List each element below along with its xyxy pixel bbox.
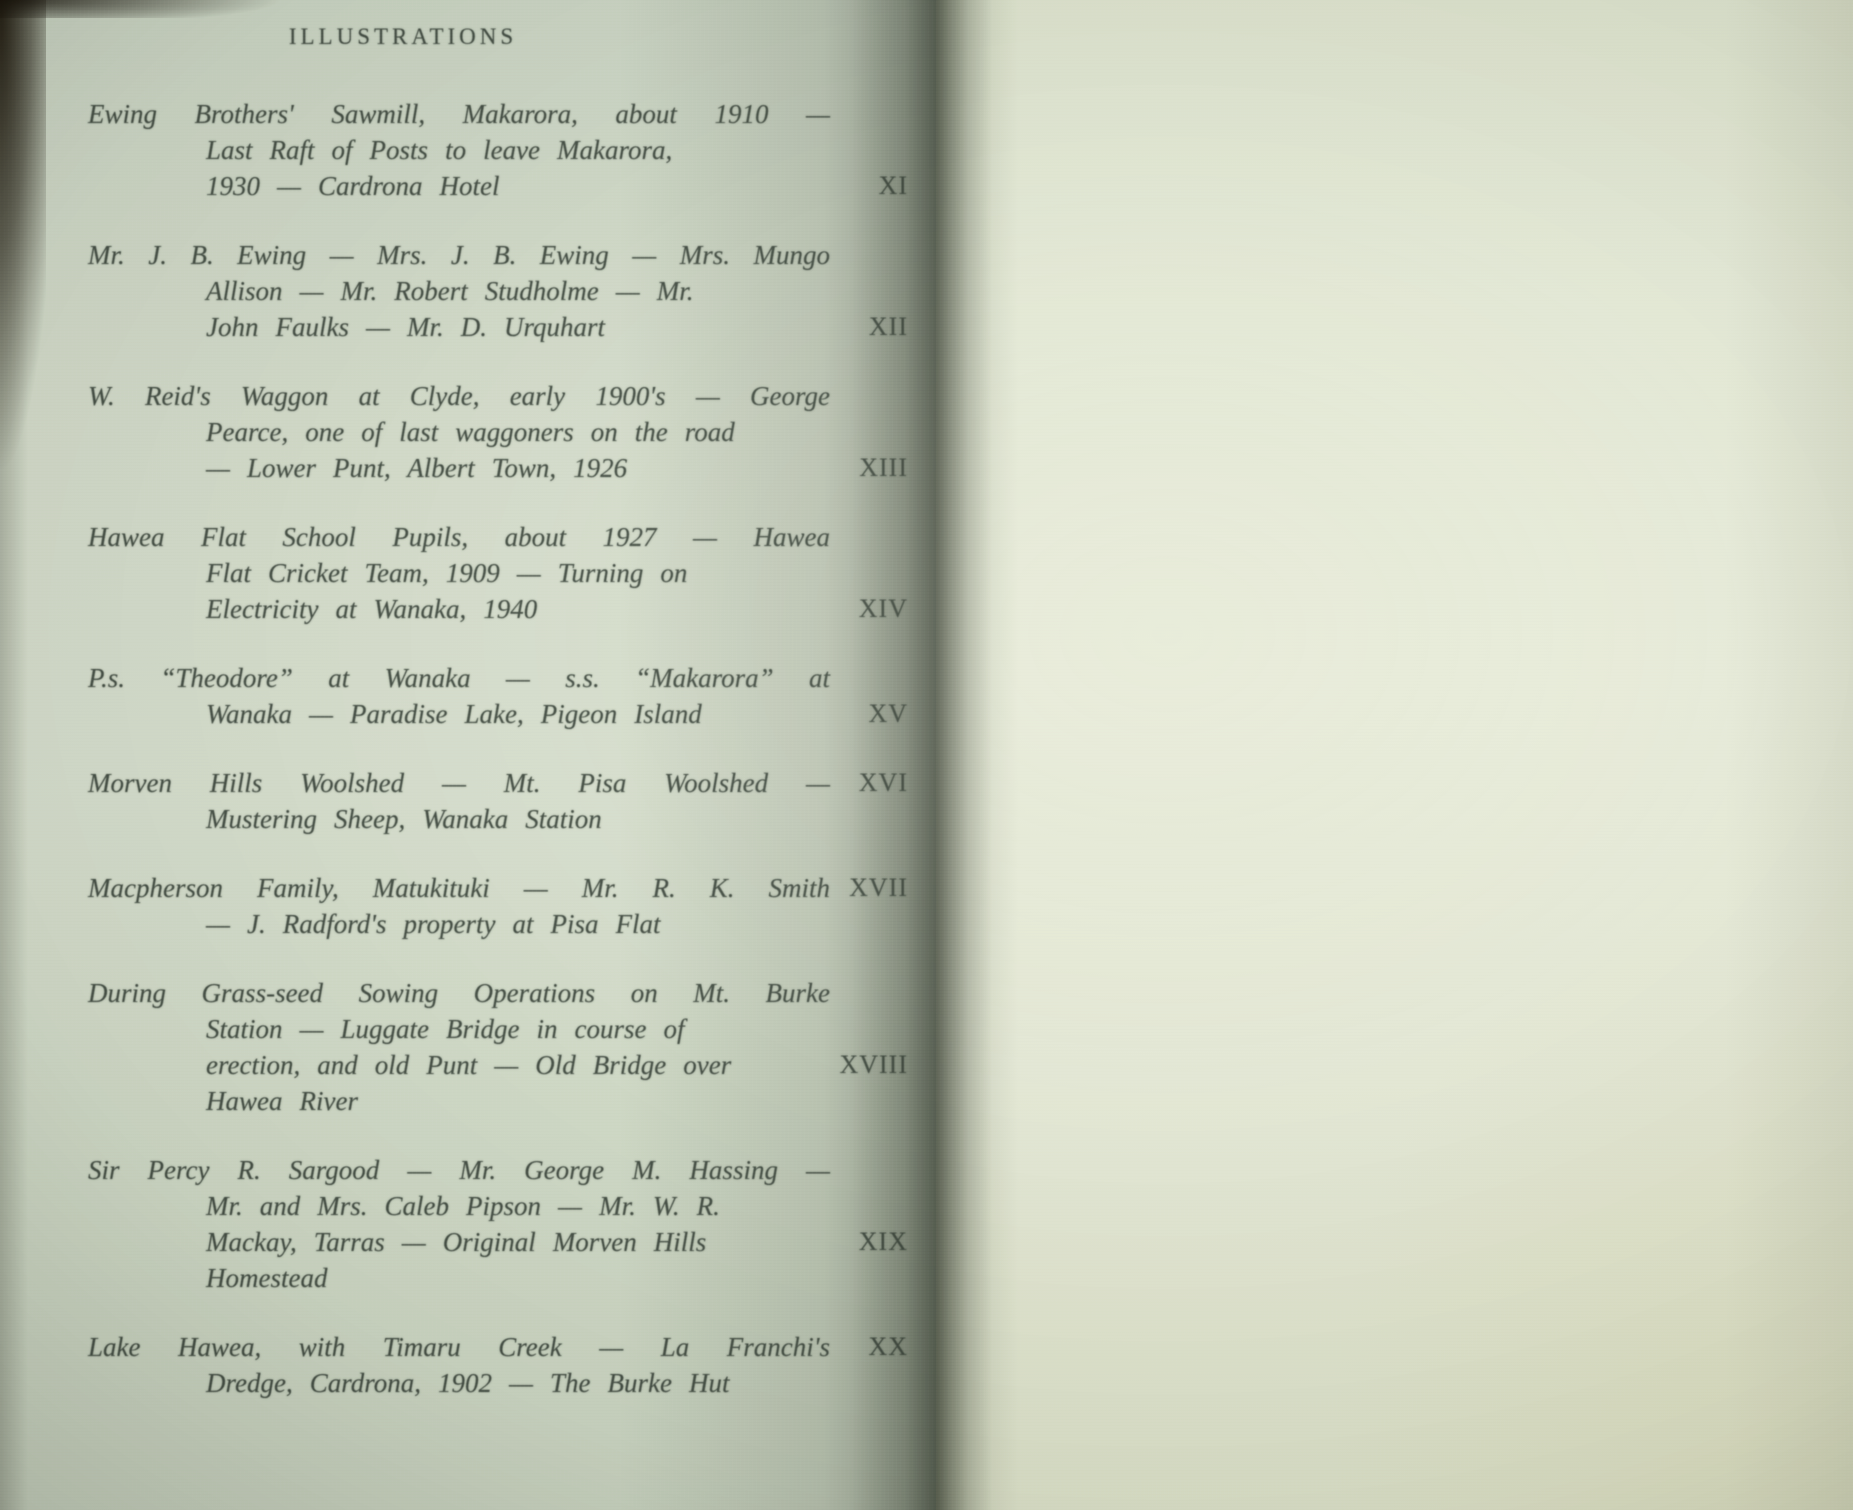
toc-page-number: XVII [849, 870, 908, 906]
toc-page-number: XIX [859, 1224, 908, 1260]
left-page: ILLUSTRATIONS Ewing Brothers' Sawmill, M… [0, 0, 936, 1510]
toc-entry-line: erection, and old Punt — Old Bridge over… [88, 1047, 830, 1083]
toc-entry-line: Allison — Mr. Robert Studholme — Mr. [88, 273, 830, 309]
toc-entry: Sir Percy R. Sargood — Mr. George M. Has… [88, 1152, 830, 1296]
toc-page-number: XV [868, 696, 908, 732]
book-photo: ILLUSTRATIONS Ewing Brothers' Sawmill, M… [0, 0, 1853, 1510]
toc-entry-line: 1930 — Cardrona HotelXI [88, 168, 830, 204]
toc-entry-line: P.s. “Theodore” at Wanaka — s.s. “Makaro… [88, 660, 830, 696]
toc-entry-line: Mustering Sheep, Wanaka Station [88, 801, 830, 837]
toc-entry-line: Station — Luggate Bridge in course of [88, 1011, 830, 1047]
toc-entry-line: — Lower Punt, Albert Town, 1926XIII [88, 450, 830, 486]
toc-entry: Lake Hawea, with Timaru Creek — La Franc… [88, 1329, 830, 1401]
toc-entry: P.s. “Theodore” at Wanaka — s.s. “Makaro… [88, 660, 830, 732]
toc-entry-line: Morven Hills Woolshed — Mt. Pisa Woolshe… [88, 765, 830, 801]
illustrations-heading: ILLUSTRATIONS [32, 20, 774, 54]
toc-entry-line: Mackay, Tarras — Original Morven HillsXI… [88, 1224, 830, 1260]
toc-entry: Ewing Brothers' Sawmill, Makarora, about… [88, 96, 830, 204]
toc-page-number: XX [868, 1329, 908, 1365]
toc-entry-line: Wanaka — Paradise Lake, Pigeon IslandXV [88, 696, 830, 732]
toc-entry: During Grass-seed Sowing Operations on M… [88, 975, 830, 1119]
toc-entry-line: Lake Hawea, with Timaru Creek — La Franc… [88, 1329, 830, 1365]
toc-page-number: XII [869, 309, 908, 345]
toc-entry-line: Electricity at Wanaka, 1940XIV [88, 591, 830, 627]
toc-entry-line: Last Raft of Posts to leave Makarora, [88, 132, 830, 168]
illustrations-list: ILLUSTRATIONS Ewing Brothers' Sawmill, M… [88, 20, 830, 1434]
illustrations-entries: Ewing Brothers' Sawmill, Makarora, about… [88, 96, 830, 1401]
toc-entry-line: Mr. J. B. Ewing — Mrs. J. B. Ewing — Mrs… [88, 237, 830, 273]
toc-entry-line: During Grass-seed Sowing Operations on M… [88, 975, 830, 1011]
toc-page-number: XIII [859, 450, 908, 486]
toc-entry-line: Mr. and Mrs. Caleb Pipson — Mr. W. R. [88, 1188, 830, 1224]
toc-page-number: XI [879, 168, 908, 204]
toc-entry-line: — J. Radford's property at Pisa Flat [88, 906, 830, 942]
toc-entry-line: W. Reid's Waggon at Clyde, early 1900's … [88, 378, 830, 414]
toc-entry-line: Ewing Brothers' Sawmill, Makarora, about… [88, 96, 830, 132]
toc-entry-line: Hawea River [88, 1083, 830, 1119]
toc-page-number: XVIII [839, 1047, 908, 1083]
toc-entry: Hawea Flat School Pupils, about 1927 — H… [88, 519, 830, 627]
toc-entry: W. Reid's Waggon at Clyde, early 1900's … [88, 378, 830, 486]
toc-entry-line: Homestead [88, 1260, 830, 1296]
toc-page-number: XVI [859, 765, 908, 801]
toc-entry-line: Pearce, one of last waggoners on the roa… [88, 414, 830, 450]
toc-page-number: XIV [859, 591, 908, 627]
toc-entry: Macpherson Family, Matukituki — Mr. R. K… [88, 870, 830, 942]
right-page: FOREWORD THE UPPER CLUTHA district has a… [936, 0, 1853, 1510]
toc-entry-line: Hawea Flat School Pupils, about 1927 — H… [88, 519, 830, 555]
toc-entry: Mr. J. B. Ewing — Mrs. J. B. Ewing — Mrs… [88, 237, 830, 345]
toc-entry-line: Sir Percy R. Sargood — Mr. George M. Has… [88, 1152, 830, 1188]
toc-entry-line: Flat Cricket Team, 1909 — Turning on [88, 555, 830, 591]
toc-entry-line: Macpherson Family, Matukituki — Mr. R. K… [88, 870, 830, 906]
toc-entry-line: Dredge, Cardrona, 1902 — The Burke Hut [88, 1365, 830, 1401]
toc-entry-line: John Faulks — Mr. D. UrquhartXII [88, 309, 830, 345]
toc-entry: Morven Hills Woolshed — Mt. Pisa Woolshe… [88, 765, 830, 837]
